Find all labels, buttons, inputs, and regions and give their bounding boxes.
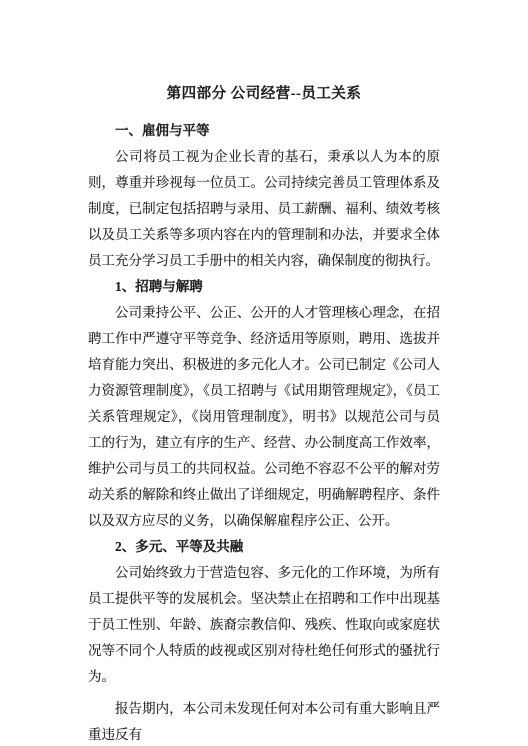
page-title: 第四部分 公司经营--员工关系: [88, 82, 440, 106]
paragraph-recruitment-and-dismissal: 公司秉持公平、公正、公开的人才管理核心理念，在招聘工作中严遵守平等竞争、经济适用…: [88, 300, 440, 534]
section-heading-recruitment-and-dismissal: 1、招聘与解聘: [88, 274, 440, 300]
document-body: 第四部分 公司经营--员工关系 一、雇佣与平等 公司将员工视为企业长青的基石，秉…: [0, 0, 528, 746]
section-heading-diversity-equality-inclusion: 2、多元、平等及共融: [88, 534, 440, 560]
document-page: 第四部分 公司经营--员工关系 一、雇佣与平等 公司将员工视为企业长青的基石，秉…: [0, 0, 528, 746]
paragraph-diversity-equality-inclusion: 公司始终致力于营造包容、多元化的工作环境，为所有员工提供平等的发展机会。坚决禁止…: [88, 560, 440, 690]
paragraph-reporting-period-statement: 报告期内，本公司未发现任何对本公司有重大影响且严重违反有: [88, 696, 440, 746]
section-heading-employment-and-equality: 一、雇佣与平等: [88, 118, 440, 144]
paragraph-employment-overview: 公司将员工视为企业长青的基石，秉承以人为本的原则，尊重并珍视每一位员工。公司持续…: [88, 144, 440, 274]
